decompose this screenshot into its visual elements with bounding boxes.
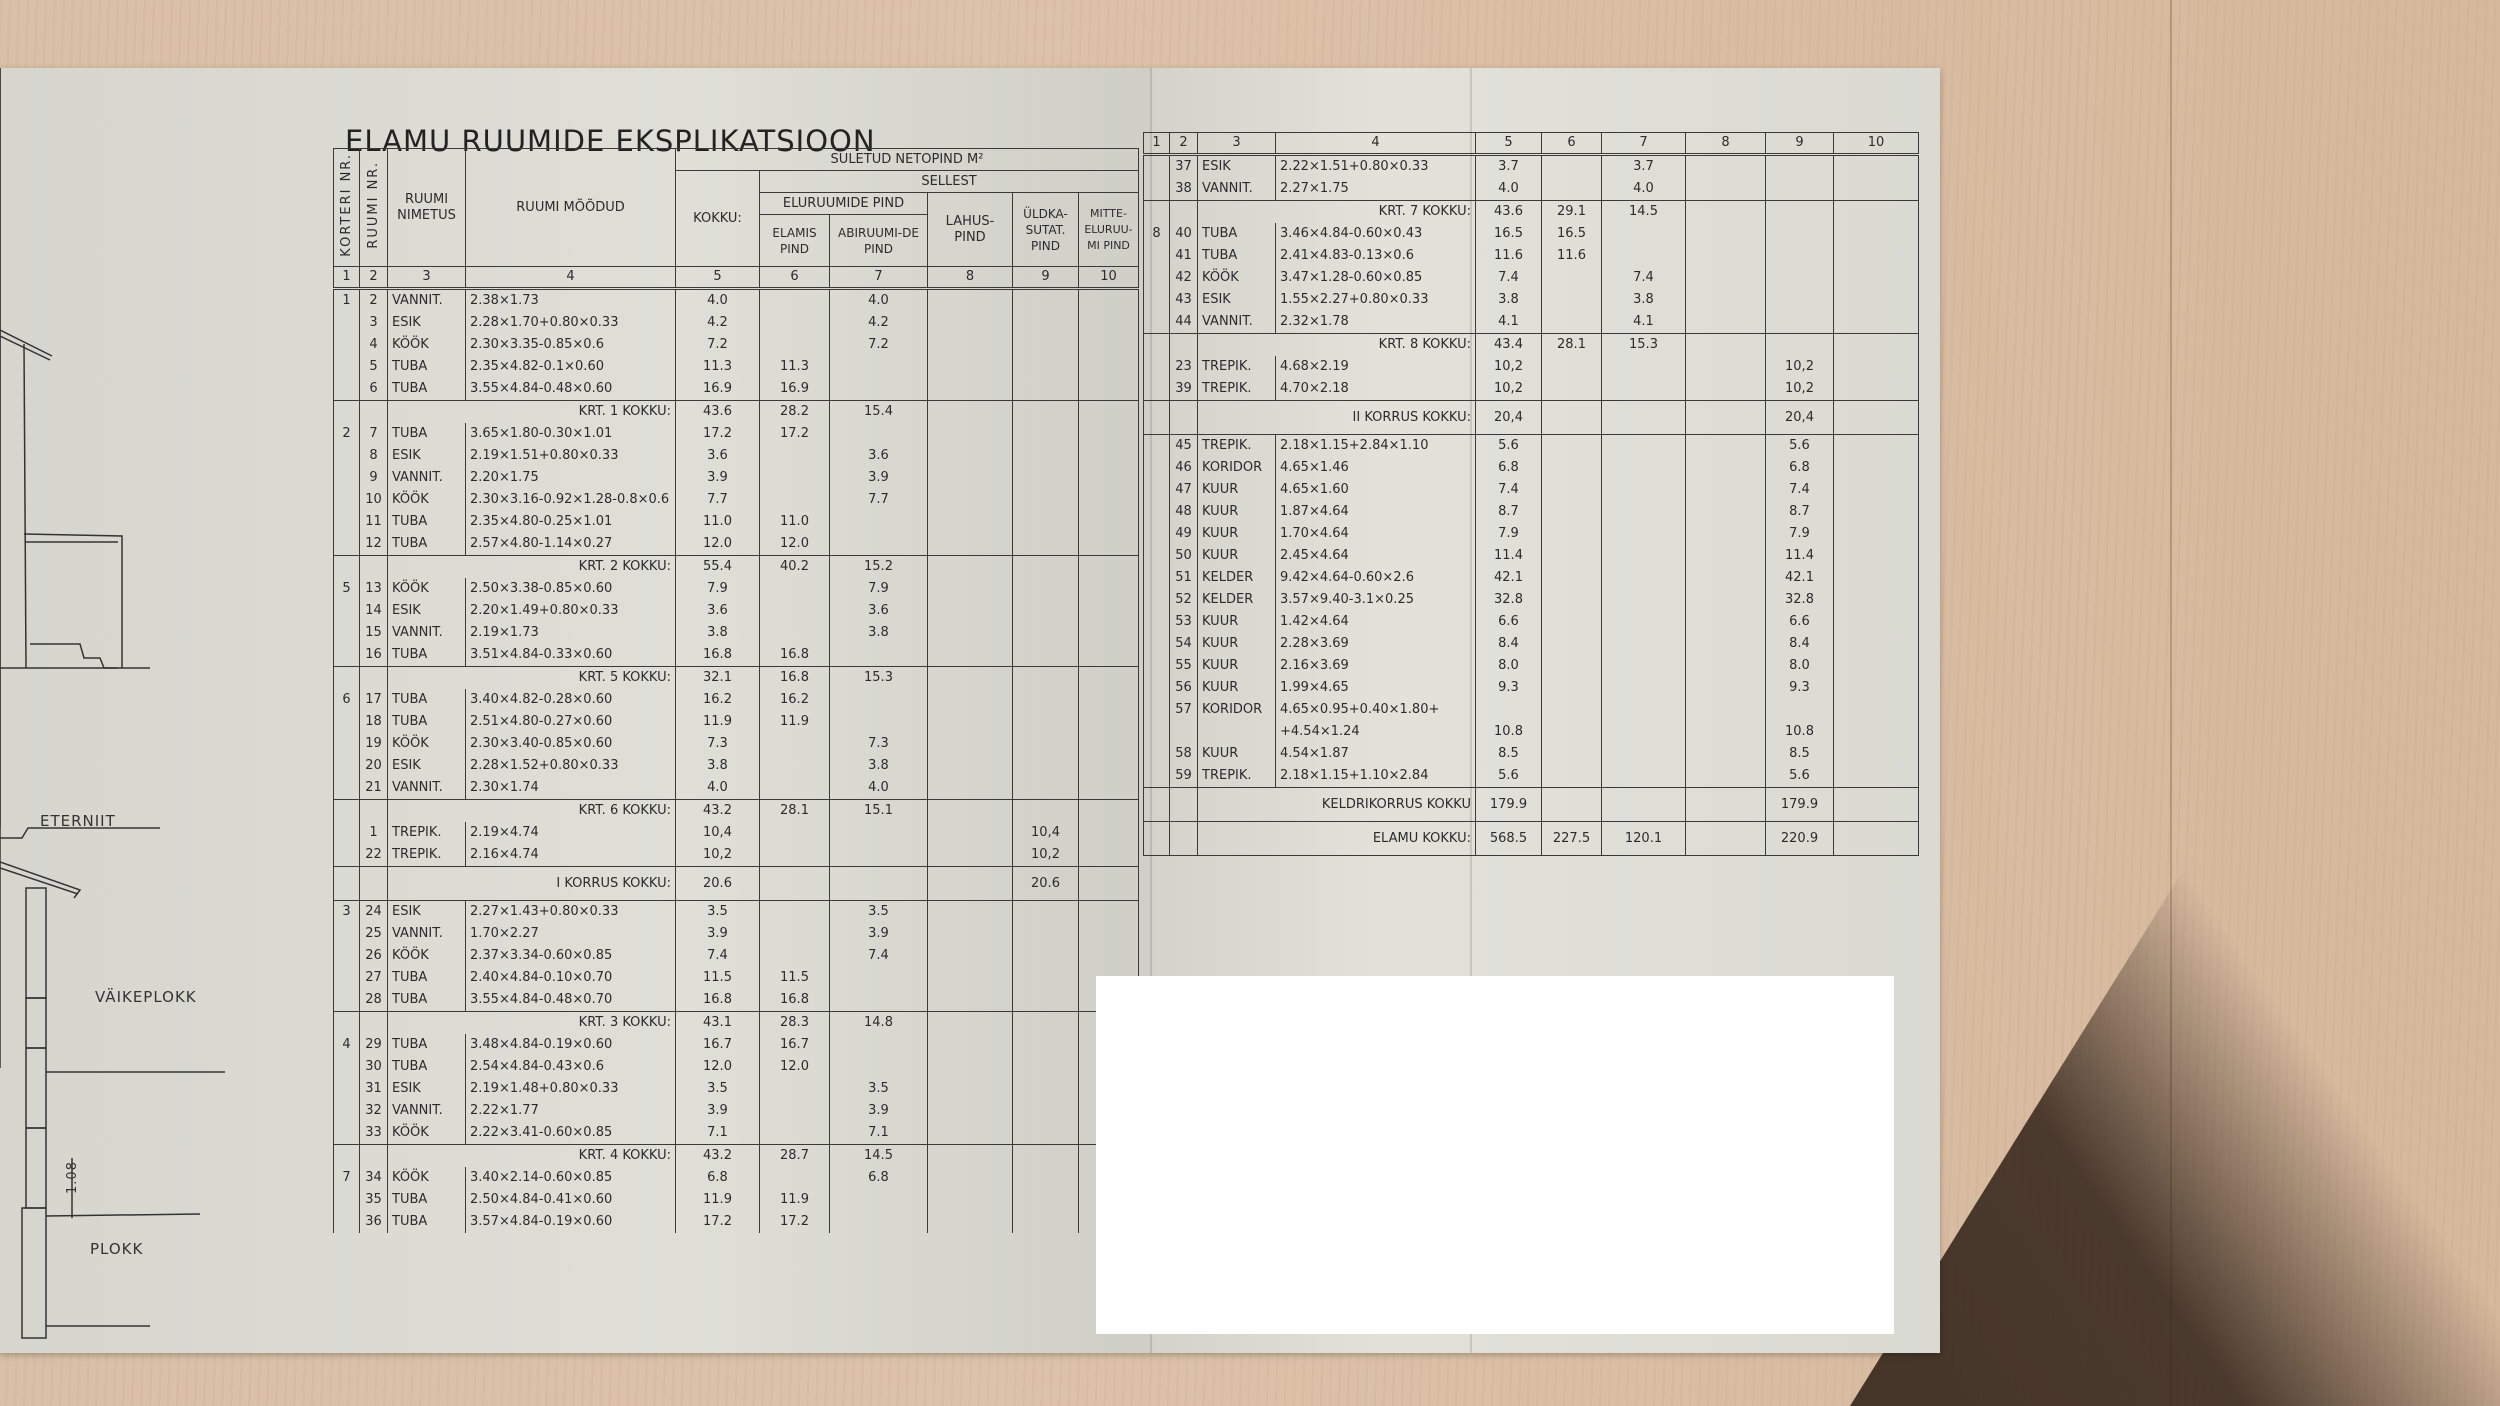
header-sellest: SELLEST [760, 171, 1139, 193]
separate-area [928, 800, 1013, 823]
common-area [1013, 289, 1079, 313]
auxiliary-area: 3.8 [830, 755, 928, 777]
table-row: 45TREPIK.2.18×1.15+2.84×1.105.65.6 [1144, 435, 1919, 458]
table-row: 11TUBA2.35×4.80-0.25×1.0111.011.0 [334, 511, 1139, 533]
room-dimensions: 2.54×4.84-0.43×0.6 [466, 1056, 676, 1078]
non-residential-area [1834, 765, 1919, 788]
table-row: 41TUBA2.41×4.83-0.13×0.611.611.6 [1144, 245, 1919, 267]
separate-area [1686, 611, 1766, 633]
table-row: +4.54×1.2410.810.8 [1144, 721, 1919, 743]
total-area: 7.7 [676, 489, 760, 511]
living-area: 12.0 [760, 1056, 830, 1078]
apartment-number [334, 1211, 360, 1233]
room-number: 30 [360, 1056, 388, 1078]
header-uldkasutatav-pind: ÜLDKA-SUTAT. PIND [1013, 193, 1079, 267]
room-number: 44 [1170, 311, 1198, 334]
auxiliary-area: 3.5 [830, 1078, 928, 1100]
living-area: 16.8 [760, 644, 830, 667]
room-number: 41 [1170, 245, 1198, 267]
room-name: TUBA [388, 533, 466, 556]
non-residential-area [1079, 600, 1139, 622]
total-area: 7.4 [1476, 479, 1542, 501]
apartment-number [1144, 457, 1170, 479]
room-number: 59 [1170, 765, 1198, 788]
total-area: 5.6 [1476, 435, 1542, 458]
colnum: 7 [1602, 133, 1686, 155]
separate-area [1686, 567, 1766, 589]
empty-cell [1170, 822, 1198, 856]
table-row: 18TUBA2.51×4.80-0.27×0.6011.911.9 [334, 711, 1139, 733]
total-area: 42.1 [1476, 567, 1542, 589]
room-name: ESIK [388, 1078, 466, 1100]
room-number: 14 [360, 600, 388, 622]
common-area [1766, 334, 1834, 357]
table-row: 33KÖÖK2.22×3.41-0.60×0.857.17.1 [334, 1122, 1139, 1145]
separate-area [928, 423, 1013, 445]
auxiliary-area [1602, 378, 1686, 401]
room-number: 3 [360, 312, 388, 334]
apartment-subtotal-row: KRT. 1 KOKKU:43.628.215.4 [334, 401, 1139, 424]
table-row: 50KUUR2.45×4.6411.411.4 [1144, 545, 1919, 567]
auxiliary-area [830, 689, 928, 711]
room-number: 47 [1170, 479, 1198, 501]
living-area [760, 867, 830, 901]
apartment-number [334, 945, 360, 967]
apartment-number [334, 533, 360, 556]
separate-area [928, 689, 1013, 711]
separate-area [928, 401, 1013, 424]
living-area: 40.2 [760, 556, 830, 579]
table-row: 27TUBA2.40×4.84-0.10×0.7011.511.5 [334, 967, 1139, 989]
room-number: 2 [360, 289, 388, 313]
common-area [1013, 312, 1079, 334]
living-area [760, 289, 830, 313]
table-row: 48KUUR1.87×4.648.78.7 [1144, 501, 1919, 523]
separate-area [1686, 501, 1766, 523]
apartment-number [334, 622, 360, 644]
auxiliary-area [1602, 788, 1686, 822]
total-area: 179.9 [1476, 788, 1542, 822]
apartment-number [1144, 501, 1170, 523]
living-area: 16.9 [760, 378, 830, 401]
room-dimensions: 2.57×4.80-1.14×0.27 [466, 533, 676, 556]
separate-area [928, 334, 1013, 356]
header-korteri-nr: KORTERI NR. [334, 149, 360, 267]
common-area: 220.9 [1766, 822, 1834, 856]
separate-area [928, 901, 1013, 924]
room-number: 53 [1170, 611, 1198, 633]
common-area [1766, 155, 1834, 179]
separate-area [928, 844, 1013, 867]
total-area [1476, 699, 1542, 721]
room-name: ESIK [388, 445, 466, 467]
room-number: 21 [360, 777, 388, 800]
total-area: 7.1 [676, 1122, 760, 1145]
living-area: 16.8 [760, 989, 830, 1012]
auxiliary-area [1602, 743, 1686, 765]
common-area: 8.5 [1766, 743, 1834, 765]
auxiliary-area [1602, 611, 1686, 633]
separate-area [1686, 822, 1766, 856]
common-area [1766, 267, 1834, 289]
living-area: 17.2 [760, 423, 830, 445]
auxiliary-area: 15.3 [830, 667, 928, 690]
room-name: KÖÖK [388, 1122, 466, 1145]
redacted-area [1096, 976, 1894, 1334]
total-label: KRT. 5 KOKKU: [388, 667, 676, 690]
auxiliary-area [1602, 765, 1686, 788]
common-area: 179.9 [1766, 788, 1834, 822]
separate-area [1686, 245, 1766, 267]
living-area [760, 945, 830, 967]
room-dimensions: 3.65×1.80-0.30×1.01 [466, 423, 676, 445]
separate-area [928, 755, 1013, 777]
total-area: 4.0 [676, 289, 760, 313]
room-number: 28 [360, 989, 388, 1012]
room-dimensions: 4.54×1.87 [1276, 743, 1476, 765]
apartment-number [1144, 311, 1170, 334]
colnum: 6 [760, 267, 830, 289]
common-area [1013, 667, 1079, 690]
separate-area [1686, 765, 1766, 788]
auxiliary-area: 14.5 [830, 1145, 928, 1168]
non-residential-area [1834, 289, 1919, 311]
auxiliary-area [1602, 545, 1686, 567]
room-name: ESIK [1198, 155, 1276, 179]
auxiliary-area [830, 356, 928, 378]
common-area [1013, 467, 1079, 489]
floor-total-row: KELDRIKORRUS KOKKU179.9179.9 [1144, 788, 1919, 822]
apartment-number [1144, 589, 1170, 611]
apartment-number [334, 1056, 360, 1078]
total-area: 16.9 [676, 378, 760, 401]
common-area [1013, 755, 1079, 777]
room-name: TUBA [1198, 245, 1276, 267]
separate-area [1686, 155, 1766, 179]
living-area: 11.6 [1542, 245, 1602, 267]
auxiliary-area [830, 967, 928, 989]
room-number: 29 [360, 1034, 388, 1056]
total-area: 7.2 [676, 334, 760, 356]
empty-cell [360, 556, 388, 579]
living-area [760, 467, 830, 489]
total-area: 7.9 [676, 578, 760, 600]
table-row: 53KUUR1.42×4.646.66.6 [1144, 611, 1919, 633]
total-area: 4.0 [676, 777, 760, 800]
total-area: 3.7 [1476, 155, 1542, 179]
common-area: 8.7 [1766, 501, 1834, 523]
auxiliary-area [1602, 633, 1686, 655]
apartment-number [1144, 765, 1170, 788]
room-name: TUBA [388, 989, 466, 1012]
apartment-number [334, 334, 360, 356]
auxiliary-area: 4.0 [830, 289, 928, 313]
non-residential-area [1834, 267, 1919, 289]
common-area [1013, 1189, 1079, 1211]
living-area [760, 1122, 830, 1145]
room-number: 39 [1170, 378, 1198, 401]
table-row: 51KELDER9.42×4.64-0.60×2.642.142.1 [1144, 567, 1919, 589]
room-dimensions: 3.46×4.84-0.60×0.43 [1276, 223, 1476, 245]
auxiliary-area [1602, 699, 1686, 721]
auxiliary-area [1602, 356, 1686, 378]
table-row: 12TUBA2.57×4.80-1.14×0.2712.012.0 [334, 533, 1139, 556]
total-area: 16.8 [676, 644, 760, 667]
room-name: TREPIK. [388, 844, 466, 867]
room-name: VANNIT. [1198, 178, 1276, 201]
non-residential-area [1079, 334, 1139, 356]
colnum: 10 [1834, 133, 1919, 155]
room-dimensions: 9.42×4.64-0.60×2.6 [1276, 567, 1476, 589]
empty-cell [1144, 201, 1170, 224]
table-row: 27TUBA3.65×1.80-0.30×1.0117.217.2 [334, 423, 1139, 445]
table-row: 56KUUR1.99×4.659.39.3 [1144, 677, 1919, 699]
living-area: 12.0 [760, 533, 830, 556]
room-dimensions: 2.22×1.77 [466, 1100, 676, 1122]
room-number: 56 [1170, 677, 1198, 699]
room-name [1198, 721, 1276, 743]
total-area: 10,2 [1476, 378, 1542, 401]
room-name: KÖÖK [388, 945, 466, 967]
total-label: KELDRIKORRUS KOKKU [1198, 788, 1476, 822]
total-label: KRT. 2 KOKKU: [388, 556, 676, 579]
table-row: 23TREPIK.4.68×2.1910,210,2 [1144, 356, 1919, 378]
room-number: 16 [360, 644, 388, 667]
room-dimensions: 2.41×4.83-0.13×0.6 [1276, 245, 1476, 267]
common-area: 32.8 [1766, 589, 1834, 611]
apartment-number: 5 [334, 578, 360, 600]
separate-area [928, 1122, 1013, 1145]
room-number: 6 [360, 378, 388, 401]
room-name: KÖÖK [388, 489, 466, 511]
total-area: 7.4 [1476, 267, 1542, 289]
colnum: 1 [1144, 133, 1170, 155]
room-number: 35 [360, 1189, 388, 1211]
room-number: 4 [360, 334, 388, 356]
apartment-number [1144, 435, 1170, 458]
non-residential-area [1079, 733, 1139, 755]
living-area: 11.0 [760, 511, 830, 533]
auxiliary-area [830, 1056, 928, 1078]
apartment-number [334, 777, 360, 800]
common-area: 10,4 [1013, 822, 1079, 844]
room-dimensions: 3.57×9.40-3.1×0.25 [1276, 589, 1476, 611]
common-area [1013, 689, 1079, 711]
common-area: 10.8 [1766, 721, 1834, 743]
common-area [1766, 289, 1834, 311]
common-area [1766, 201, 1834, 224]
living-area: 16.7 [760, 1034, 830, 1056]
room-number: 27 [360, 967, 388, 989]
separate-area [928, 556, 1013, 579]
non-residential-area [1834, 457, 1919, 479]
auxiliary-area: 3.9 [830, 923, 928, 945]
non-residential-area [1834, 721, 1919, 743]
room-name: ESIK [388, 755, 466, 777]
non-residential-area [1079, 578, 1139, 600]
room-number: 34 [360, 1167, 388, 1189]
header-lahuspind: LAHUS-PIND [928, 193, 1013, 267]
total-area: 16.5 [1476, 223, 1542, 245]
non-residential-area [1834, 435, 1919, 458]
room-dimensions: 1.70×4.64 [1276, 523, 1476, 545]
apartment-subtotal-row: KRT. 8 KOKKU:43.428.115.3 [1144, 334, 1919, 357]
auxiliary-area: 120.1 [1602, 822, 1686, 856]
empty-cell [1144, 334, 1170, 357]
empty-cell [334, 800, 360, 823]
common-area [1013, 622, 1079, 644]
table-row: 21VANNIT.2.30×1.744.04.0 [334, 777, 1139, 800]
empty-cell [334, 401, 360, 424]
apartment-number [334, 467, 360, 489]
header-suletud-netopind: SULETUD NETOPIND M² [676, 149, 1139, 171]
room-name: TREPIK. [1198, 356, 1276, 378]
room-name: VANNIT. [388, 1100, 466, 1122]
auxiliary-area: 14.5 [1602, 201, 1686, 224]
common-area [1013, 378, 1079, 401]
separate-area [1686, 523, 1766, 545]
common-area: 8.4 [1766, 633, 1834, 655]
living-area: 11.5 [760, 967, 830, 989]
common-area [1766, 223, 1834, 245]
non-residential-area [1834, 223, 1919, 245]
total-area: 8.7 [1476, 501, 1542, 523]
total-area: 43.6 [676, 401, 760, 424]
colnum: 4 [1276, 133, 1476, 155]
room-number: 45 [1170, 435, 1198, 458]
table-row: 20ESIK2.28×1.52+0.80×0.333.83.8 [334, 755, 1139, 777]
room-number: 31 [360, 1078, 388, 1100]
separate-area [1686, 311, 1766, 334]
table-row: 3ESIK2.28×1.70+0.80×0.334.24.2 [334, 312, 1139, 334]
empty-cell [1170, 334, 1198, 357]
total-label: KRT. 1 KOKKU: [388, 401, 676, 424]
room-dimensions: 2.27×1.75 [1276, 178, 1476, 201]
separate-area [928, 533, 1013, 556]
living-area [760, 923, 830, 945]
total-area: 3.9 [676, 1100, 760, 1122]
non-residential-area [1834, 788, 1919, 822]
room-dimensions: +4.54×1.24 [1276, 721, 1476, 743]
living-area [760, 489, 830, 511]
room-name: TUBA [388, 1056, 466, 1078]
living-area [1542, 435, 1602, 458]
separate-area [928, 1211, 1013, 1233]
auxiliary-area: 3.6 [830, 600, 928, 622]
auxiliary-area: 3.8 [1602, 289, 1686, 311]
annotation-vaikeplokk: VÄIKEPLOKK [95, 988, 197, 1006]
total-area: 43.2 [676, 1145, 760, 1168]
table-row: 32VANNIT.2.22×1.773.93.9 [334, 1100, 1139, 1122]
living-area [760, 755, 830, 777]
separate-area [928, 1056, 1013, 1078]
table-row: 840TUBA3.46×4.84-0.60×0.4316.516.5 [1144, 223, 1919, 245]
table-row: 28TUBA3.55×4.84-0.48×0.7016.816.8 [334, 989, 1139, 1012]
common-area [1013, 800, 1079, 823]
room-name: KUUR [1198, 523, 1276, 545]
room-dimensions: 3.55×4.84-0.48×0.70 [466, 989, 676, 1012]
header-mitteeluruumi-pind: MITTE-ELURUU-MI PIND [1079, 193, 1139, 267]
total-area: 4.1 [1476, 311, 1542, 334]
total-area: 17.2 [676, 1211, 760, 1233]
non-residential-area [1834, 611, 1919, 633]
separate-area [928, 1078, 1013, 1100]
non-residential-area [1834, 245, 1919, 267]
total-area: 3.9 [676, 923, 760, 945]
common-area: 10,2 [1013, 844, 1079, 867]
room-name: ESIK [388, 901, 466, 924]
room-dimensions: 4.65×1.60 [1276, 479, 1476, 501]
room-name: ESIK [1198, 289, 1276, 311]
auxiliary-area [1602, 457, 1686, 479]
room-name: TREPIK. [1198, 765, 1276, 788]
auxiliary-area: 3.6 [830, 445, 928, 467]
living-area [760, 312, 830, 334]
separate-area [928, 312, 1013, 334]
living-area: 28.1 [1542, 334, 1602, 357]
apartment-number [1144, 721, 1170, 743]
apartment-number [334, 844, 360, 867]
separate-area [928, 777, 1013, 800]
auxiliary-area: 15.3 [1602, 334, 1686, 357]
apartment-number [334, 923, 360, 945]
apartment-number: 8 [1144, 223, 1170, 245]
total-area: 10,2 [1476, 356, 1542, 378]
non-residential-area [1834, 822, 1919, 856]
room-name: KUUR [1198, 545, 1276, 567]
non-residential-area [1834, 155, 1919, 179]
non-residential-area [1079, 711, 1139, 733]
total-area: 10,2 [676, 844, 760, 867]
living-area [1542, 457, 1602, 479]
non-residential-area [1834, 743, 1919, 765]
table-row: 10KÖÖK2.30×3.16-0.92×1.28-0.8×0.67.77.7 [334, 489, 1139, 511]
non-residential-area [1834, 356, 1919, 378]
table-row: 1TREPIK.2.19×4.7410,410,4 [334, 822, 1139, 844]
common-area: 6.6 [1766, 611, 1834, 633]
common-area [1013, 1122, 1079, 1145]
common-area [1766, 178, 1834, 201]
total-area: 11.3 [676, 356, 760, 378]
separate-area [1686, 457, 1766, 479]
room-name: TREPIK. [1198, 378, 1276, 401]
non-residential-area [1079, 467, 1139, 489]
table-body-right: 37ESIK2.22×1.51+0.80×0.333.73.738VANNIT.… [1144, 155, 1919, 856]
separate-area [1686, 435, 1766, 458]
empty-cell [334, 867, 360, 901]
room-dimensions: 2.20×1.75 [466, 467, 676, 489]
total-area: 16.2 [676, 689, 760, 711]
separate-area [928, 1034, 1013, 1056]
total-label: KRT. 8 KOKKU: [1198, 334, 1476, 357]
total-area: 11.4 [1476, 545, 1542, 567]
auxiliary-area [1602, 479, 1686, 501]
common-area [1013, 423, 1079, 445]
living-area: 11.9 [760, 1189, 830, 1211]
room-name: VANNIT. [388, 923, 466, 945]
non-residential-area [1079, 533, 1139, 556]
separate-area [1686, 378, 1766, 401]
table-body-left: 12VANNIT.2.38×1.734.04.03ESIK2.28×1.70+0… [334, 289, 1139, 1234]
room-number: 20 [360, 755, 388, 777]
separate-area [928, 1100, 1013, 1122]
auxiliary-area [1602, 435, 1686, 458]
living-area: 29.1 [1542, 201, 1602, 224]
room-name: KÖÖK [388, 334, 466, 356]
room-number: 57 [1170, 699, 1198, 721]
non-residential-area [1079, 822, 1139, 844]
separate-area [1686, 677, 1766, 699]
